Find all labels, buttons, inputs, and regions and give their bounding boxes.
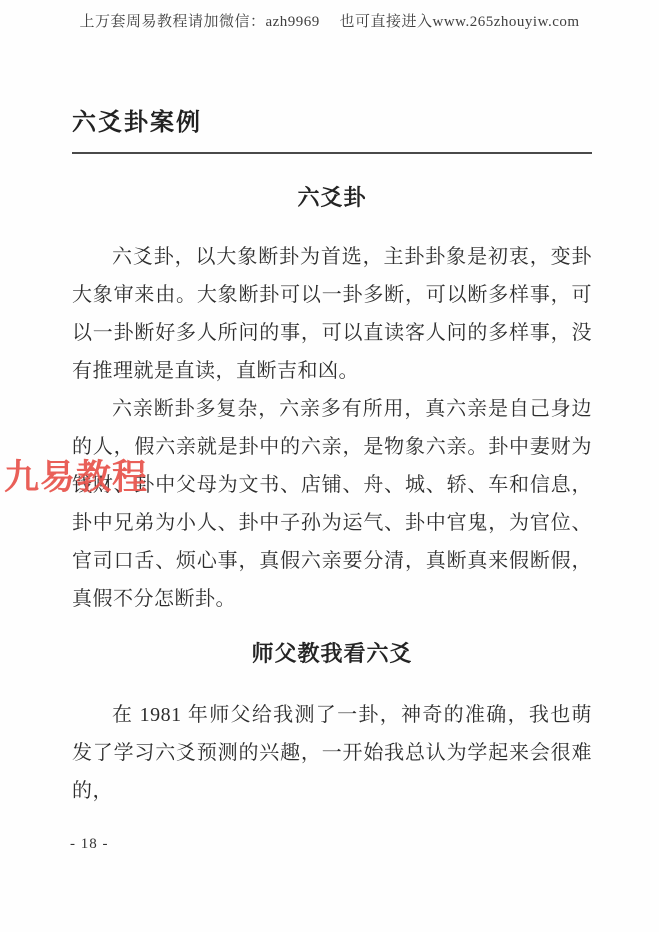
paragraph: 六亲断卦多复杂，六亲多有所用，真六亲是自己身边的人，假六亲就是卦中的六亲，是物象… (72, 390, 592, 618)
paragraph: 六爻卦，以大象断卦为首选，主卦卦象是初衷，变卦大象审来由。大象断卦可以一卦多断，… (72, 238, 592, 390)
section-heading-liuyaogua: 六爻卦 (72, 184, 592, 212)
section-heading-shifu: 师父教我看六爻 (72, 640, 592, 668)
page-content: 六爻卦案例 六爻卦 六爻卦，以大象断卦为首选，主卦卦象是初衷，变卦大象审来由。大… (72, 106, 592, 810)
page-number: - 18 - (70, 836, 109, 853)
promo-header-text: 上万套周易教程请加微信：azh9969 也可直接进入www.265zhouyiw… (0, 10, 659, 31)
paragraph: 在 1981 年师父给我测了一卦，神奇的准确，我也萌发了学习六爻预测的兴趣，一开… (72, 696, 592, 810)
page-title: 六爻卦案例 (72, 106, 592, 140)
title-divider (72, 152, 592, 154)
scanned-document-page: 上万套周易教程请加微信：azh9969 也可直接进入www.265zhouyiw… (0, 0, 659, 932)
